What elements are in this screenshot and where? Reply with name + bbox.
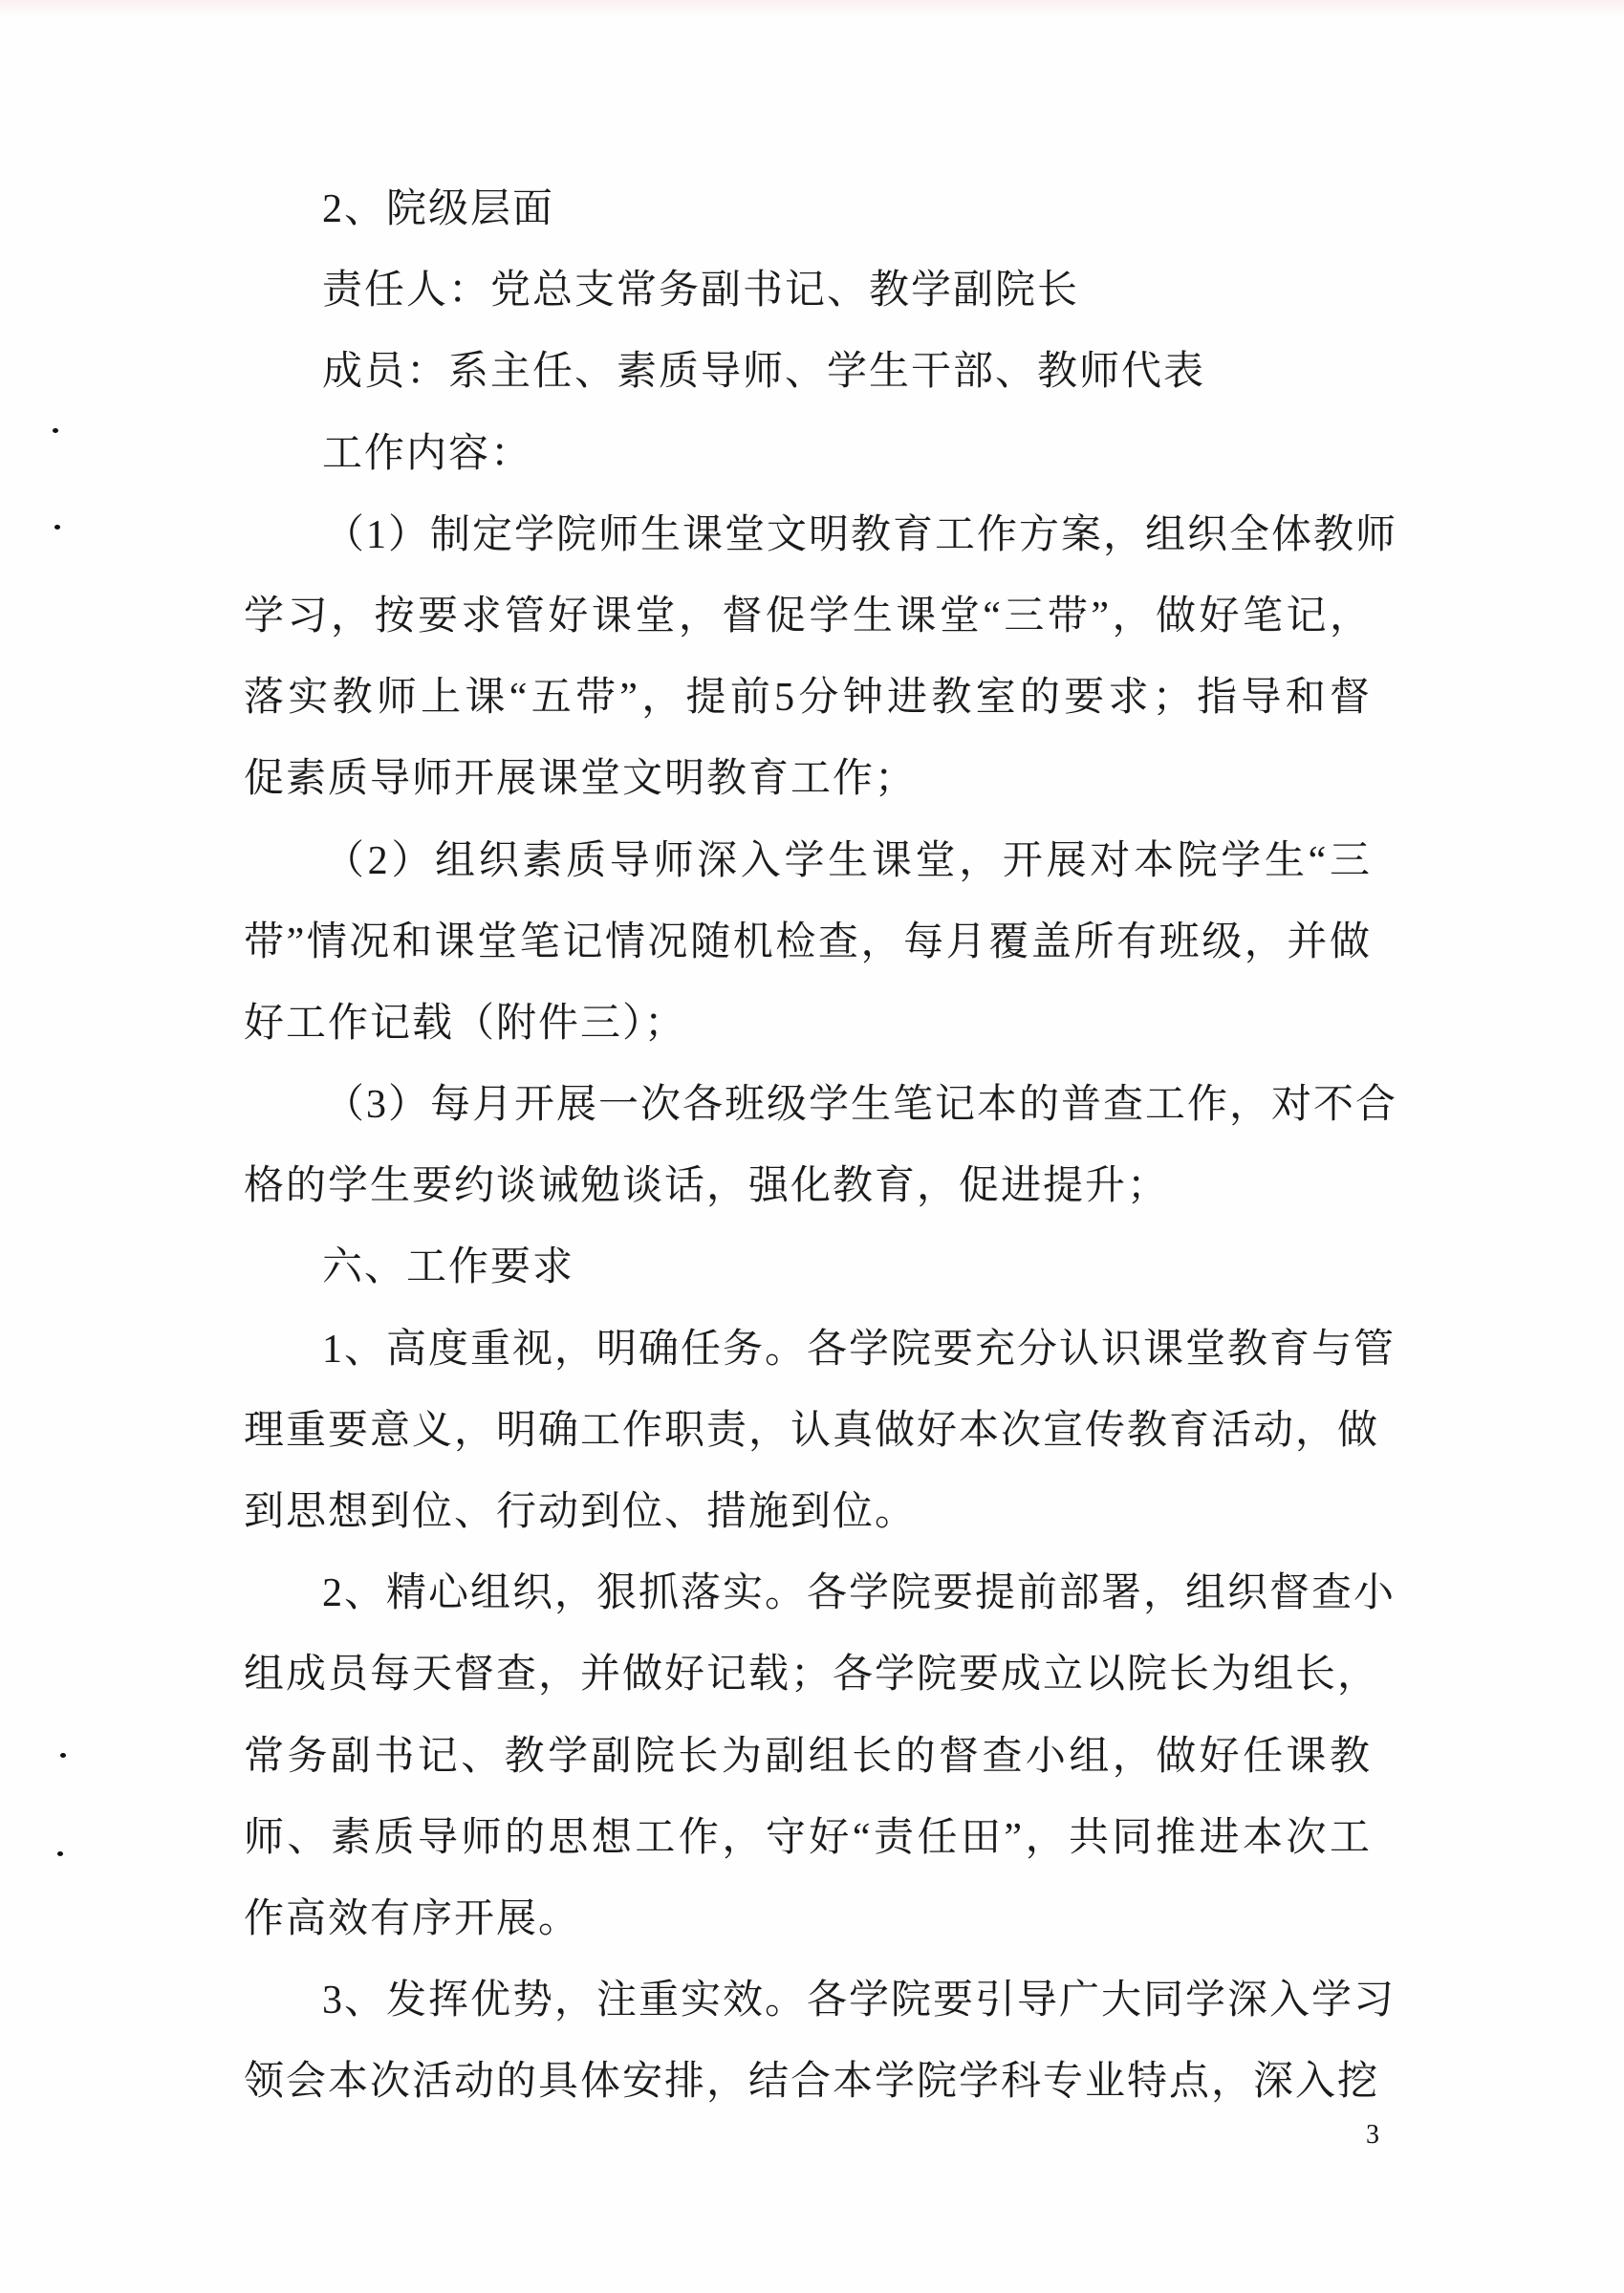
scan-edge-artifact bbox=[0, 0, 1624, 17]
scanned-page: 2、院级层面 责任人：党总支常务副书记、教学副院长 成员：系主任、素质导师、学生… bbox=[0, 0, 1624, 2293]
section-heading-college-level: 2、院级层面 bbox=[244, 180, 1372, 261]
paragraph-line: 领会本次活动的具体安排，结合本学院学科专业特点，深入挖 bbox=[244, 2052, 1372, 2133]
paragraph-line: 师、素质导师的思想工作，守好“责任田”，共同推进本次工 bbox=[244, 1808, 1372, 1890]
page-number: 3 bbox=[1366, 2121, 1379, 2150]
paragraph-line: 到思想到位、行动到位、措施到位。 bbox=[244, 1482, 1372, 1564]
paragraph-line: （3）每月开展一次各班级学生笔记本的普查工作，对不合 bbox=[244, 1075, 1372, 1157]
paragraph-line: 3、发挥优势，注重实效。各学院要引导广大同学深入学习 bbox=[244, 1971, 1372, 2052]
section-heading-work-requirements: 六、工作要求 bbox=[244, 1238, 1372, 1319]
members: 成员：系主任、素质导师、学生干部、教师代表 bbox=[244, 342, 1372, 423]
paragraph-line: 格的学生要约谈诫勉谈话，强化教育，促进提升； bbox=[244, 1157, 1372, 1238]
paragraph-line: 组成员每天督查，并做好记载；各学院要成立以院长为组长， bbox=[244, 1645, 1372, 1726]
paragraph-line: （1）制定学院师生课堂文明教育工作方案，组织全体教师 bbox=[244, 506, 1372, 587]
paragraph-line: 常务副书记、教学副院长为副组长的督查小组，做好任课教 bbox=[244, 1727, 1372, 1808]
work-content-label: 工作内容： bbox=[244, 424, 1372, 506]
document-body: 2、院级层面 责任人：党总支常务副书记、教学副院长 成员：系主任、素质导师、学生… bbox=[244, 180, 1372, 2134]
paragraph-line: 好工作记载（附件三）； bbox=[244, 994, 1372, 1075]
paragraph-line: 促素质导师开展课堂文明教育工作； bbox=[244, 749, 1372, 831]
paragraph-line: 落实教师上课“五带”，提前5分钟进教室的要求；指导和督 bbox=[244, 668, 1372, 749]
paragraph-line: 学习，按要求管好课堂，督促学生课堂“三带”，做好笔记， bbox=[244, 587, 1372, 668]
margin-mark bbox=[60, 1753, 66, 1758]
paragraph-line: 带”情况和课堂笔记情况随机检查，每月覆盖所有班级，并做 bbox=[244, 913, 1372, 994]
margin-mark bbox=[57, 1851, 63, 1856]
paragraph-line: 2、精心组织，狠抓落实。各学院要提前部署，组织督查小 bbox=[244, 1564, 1372, 1645]
paragraph-line: 理重要意义，明确工作职责，认真做好本次宣传教育活动，做 bbox=[244, 1401, 1372, 1482]
paragraph-line: 1、高度重视，明确任务。各学院要充分认识课堂教育与管 bbox=[244, 1320, 1372, 1401]
paragraph-line: （2）组织素质导师深入学生课堂，开展对本院学生“三 bbox=[244, 832, 1372, 913]
margin-mark bbox=[54, 525, 60, 530]
paragraph-line: 作高效有序开展。 bbox=[244, 1890, 1372, 1971]
responsible-persons: 责任人：党总支常务副书记、教学副院长 bbox=[244, 261, 1372, 342]
margin-mark bbox=[53, 428, 58, 433]
